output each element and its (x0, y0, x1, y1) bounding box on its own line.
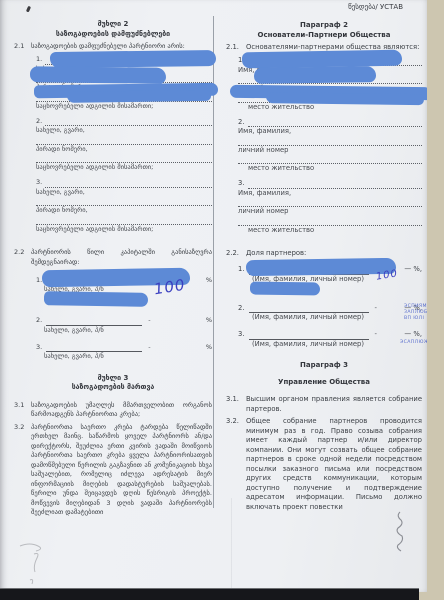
stamp-fragment: ЭСПИЯМ ЗАПЛЮБ ВП ЮЛI (404, 304, 427, 321)
item-number: 3. (238, 330, 249, 340)
pid-label: პირადი ნომერი, (36, 206, 212, 216)
pid-label: личний номер (238, 207, 422, 217)
section-2-2: 2.2. Доля партнеров: (226, 249, 422, 259)
share-item: 2. - — %, (Имя, фамилия, личный номер) (238, 303, 422, 323)
redaction-blob (254, 66, 376, 84)
section-number: 3.2. (226, 417, 246, 512)
fill-line (249, 305, 369, 313)
paragraph-3-title: Управление Общества (226, 378, 422, 388)
section-number: 3.2 (14, 423, 31, 518)
pencil-scribble (16, 540, 60, 588)
section-3-2: 3.2 პარტნიორთა საერთო კრება ტარდება წელი… (14, 423, 212, 518)
item-number: 2. (238, 304, 249, 314)
shares-list-ru: 1. — %, (Имя, фамилия, личный номер) 100… (226, 265, 422, 350)
address-label: место жительство (248, 226, 422, 236)
address-label: საცხოვრებელი ადგილის მისამართი; (36, 163, 212, 173)
section-number: 2.2 (14, 248, 31, 267)
address-label: საცხოვრებელი ადგილის მისამართი; (36, 102, 212, 112)
dotted-line (36, 217, 212, 225)
redaction-blob (50, 49, 216, 67)
founder-item: 3. Имя, фамилия, личний номер место жите… (238, 180, 422, 236)
share-label: (Имя, фамилия, личный номер) (238, 340, 378, 350)
dash: - (369, 304, 383, 314)
share-label: (Имя, фамилия, личный номер) (238, 313, 378, 323)
founders-list-ru: 1 Имя, фамилия личний номер место жит (238, 57, 422, 236)
handwritten-share-value: 100 (153, 281, 186, 295)
share-item: 1. — %, (Имя, фамилия, личный номер) 100 (238, 265, 422, 297)
name-label: სახელი, გვარი, (36, 188, 212, 198)
share-item: 1. % სახელი, გვარი, პ/ნ 100 (36, 275, 212, 309)
article-3-title: საზოგადოების მართვა (14, 383, 212, 393)
founders-list-ka: 1. სახელი, გვარი პირადი ნომერი, საცხო (36, 56, 212, 235)
section-2-2: 2.2 პარტნიორის წილი კაპიტალში განისაზღვრ… (14, 248, 212, 267)
dash: - (369, 330, 383, 340)
share-item: 2. - % სახელი, გვარი, პ/ნ (36, 316, 212, 336)
shares-list-ka: 1. % სახელი, გვარი, პ/ნ 100 2. - (14, 275, 212, 362)
article-2-number: მუხლი 2 (14, 20, 212, 30)
percent-sign: % (198, 316, 212, 326)
founder-item: 2. სახელი, გვარი, პირადი ნომერი, საცხოვრ… (36, 117, 212, 173)
section-number: 2.2. (226, 249, 246, 259)
dotted-line (238, 199, 422, 207)
paragraph-2-number: Параграф 2 (226, 21, 422, 31)
name-label: სახელი, გვარი, (36, 126, 212, 136)
dash: - (142, 343, 156, 353)
table-edge (0, 588, 419, 600)
dash: - (142, 316, 156, 326)
section-number: 2.1. (226, 43, 246, 53)
section-text: Доля партнеров: (246, 249, 422, 259)
paper-crease (230, 498, 232, 592)
section-text: პარტნიორის წილი კაპიტალში განისაზღვრა შე… (31, 248, 212, 267)
dotted-line (36, 137, 212, 145)
founder-addr-line (36, 93, 212, 102)
item-number: 3. (238, 179, 248, 189)
paragraph-2-title: Основатели-Партнери Общества (226, 31, 422, 41)
item-number: 3. (36, 343, 46, 353)
name-label: Имя, фамилия, (238, 127, 422, 137)
section-text: პარტნიორთა საერთო კრება ტარდება წელიწადშ… (31, 423, 212, 518)
dotted-line (238, 156, 422, 164)
georgian-column: მუხლი 2 საზოგადოების დამფუძნებლები 2.1 ს… (14, 20, 212, 518)
redaction-blob (230, 84, 427, 99)
founder-item: 1. სახელი, გვარი პირადი ნომერი, საცხო (36, 56, 212, 112)
page-header-title: წესდება/ УСТАВ (348, 3, 403, 11)
redaction-blob (242, 49, 402, 68)
dotted-line (238, 218, 422, 226)
founder-item: 3. სახელი, გვარი, პირადი ნომერი, საცხოვრ… (36, 179, 212, 235)
section-number: 2.1 (14, 42, 31, 52)
paragraph-3-number: Параграф 3 (226, 361, 422, 371)
section-number: 3.1 (14, 401, 31, 420)
percent-sign: % (198, 343, 212, 353)
redaction-blob (246, 257, 396, 275)
item-number: 2. (36, 117, 45, 127)
fill-line (46, 318, 142, 326)
article-2-title: საზოგადოების დამფუძნებლები (14, 30, 212, 40)
percent-sign: — %, (396, 265, 422, 275)
section-text: Общее собрание партнеров проводится мини… (246, 417, 422, 512)
section-3-2: 3.2. Общее собрание партнеров проводится… (226, 417, 422, 512)
redaction-blob (44, 291, 148, 307)
founder-item: 2. Имя, фамилия, личний номер место жите… (238, 118, 422, 174)
section-3-1: 3.1 საზოგადოების უმაღლეს მმართველობით ორ… (14, 401, 212, 420)
dotted-line (238, 138, 422, 146)
redaction-blob (30, 66, 166, 83)
share-label: სახელი, გვარი, პ/ნ (44, 326, 212, 336)
dotted-line (248, 119, 423, 127)
dotted-line (45, 180, 212, 188)
share-item: 3. - — %, (Имя, фамилия, личный номер) (238, 330, 422, 350)
article-3-number: მუხლი 3 (14, 374, 212, 384)
founder-item: 1 Имя, фамилия личний номер место жит (238, 57, 422, 113)
handwritten-share-value: 100 (375, 269, 398, 282)
percent-sign: — %, (396, 330, 422, 340)
dotted-line (45, 118, 212, 126)
name-label: Имя, фамилия, (238, 189, 422, 199)
russian-column: Параграф 2 Основатели-Партнери Общества … (226, 21, 422, 512)
item-number: 2. (238, 118, 248, 128)
pid-label: личний номер (238, 146, 422, 156)
share-item: 3. - % სახელი, გვარი, პ/ნ (36, 342, 212, 362)
section-number: 3.1. (226, 395, 246, 414)
fill-line (46, 344, 142, 352)
address-label: საცხოვრებელი ადგილის მისამართი; (36, 225, 212, 235)
pid-label: პირადი ნომერი, (36, 145, 212, 155)
stamp-fragment: ЭСАПЛЮЖ (400, 340, 427, 346)
founder-pid-line (36, 74, 212, 83)
percent-sign: % (198, 276, 212, 286)
dotted-line (36, 198, 212, 206)
pen-mark (26, 6, 31, 12)
document-page: წესდება/ УСТАВ მუხლი 2 საზოგადოების დამფ… (0, 0, 427, 592)
dotted-line (248, 181, 423, 189)
redaction-blob (250, 281, 320, 295)
fill-line (249, 332, 369, 340)
redaction-blob (34, 82, 218, 98)
item-number: 2. (36, 316, 46, 326)
dotted-line (36, 155, 212, 163)
section-text: Высшим органом правления является собран… (246, 395, 422, 414)
rotated-ink-mark (393, 510, 407, 552)
share-label: სახელი, გვარი, პ/ნ (44, 352, 212, 362)
founder-name-line: 1. (36, 56, 212, 65)
section-text: საზოგადოების უმაღლეს მმართველობით ორგანო… (31, 401, 212, 420)
address-label: место жительство (248, 164, 422, 174)
section-3-1: 3.1. Высшим органом правления является с… (226, 395, 422, 414)
scanned-document-photo: წესდება/ УСТАВ მუხლი 2 საზოგადოების დამფ… (0, 0, 444, 600)
item-number: 3. (36, 178, 45, 188)
item-number: 1. (36, 55, 45, 65)
